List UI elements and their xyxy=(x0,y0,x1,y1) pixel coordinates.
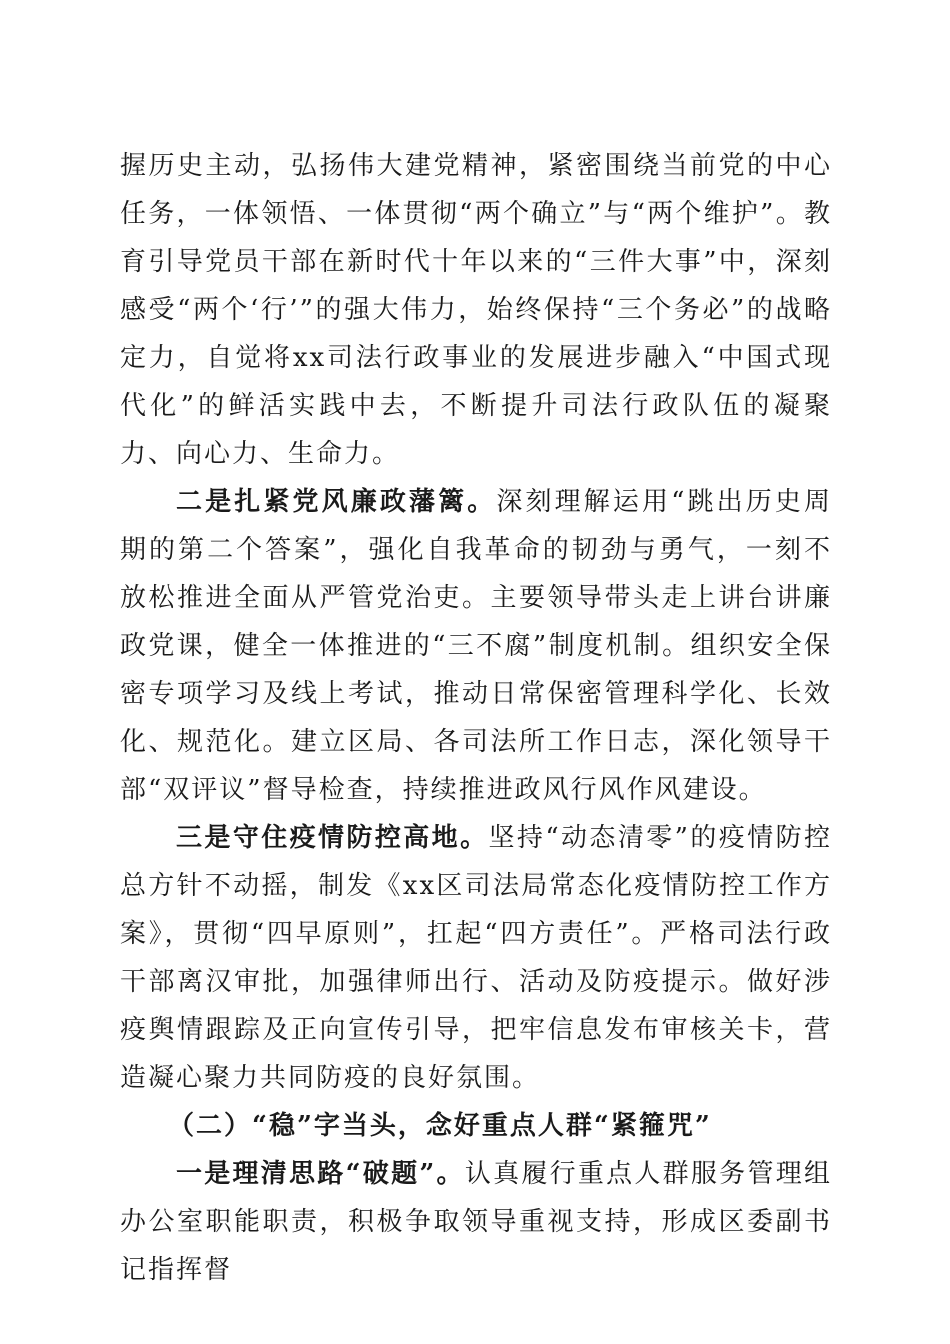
paragraph-text: 握历史主动，弘扬伟大建党精神，紧密围绕当前党的中心任务，一体领悟、一体贯彻“两个… xyxy=(120,151,832,469)
paragraph-party-spirit: 握历史主动，弘扬伟大建党精神，紧密围绕当前党的中心任务，一体领悟、一体贯彻“两个… xyxy=(120,142,832,478)
paragraph-lead: 二是扎紧党风廉政藩篱。 xyxy=(176,487,496,517)
paragraph-text: 深刻理解运用“跳出历史周期的第二个答案”，强化自我革命的韧劲与勇气，一刻不放松推… xyxy=(120,487,832,805)
paragraph-clarify-approach: 一是理清思路“破题”。认真履行重点人群服务管理组办公室职能职责，积极争取领导重视… xyxy=(120,1150,832,1294)
paragraph-epidemic-control: 三是守住疫情防控高地。坚持“动态清零”的疫情防控总方针不动摇，制发《xx区司法局… xyxy=(120,814,832,1102)
section-heading: （二）“稳”字当头，念好重点人群“紧箍咒” xyxy=(120,1102,832,1150)
paragraph-lead: 三是守住疫情防控高地。 xyxy=(176,823,489,853)
paragraph-text: 坚持“动态清零”的疫情防控总方针不动摇，制发《xx区司法局常态化疫情防控工作方案… xyxy=(120,823,832,1093)
document-page: 握历史主动，弘扬伟大建党精神，紧密围绕当前党的中心任务，一体领悟、一体贯彻“两个… xyxy=(120,142,832,1294)
paragraph-lead: 一是理清思路“破题”。 xyxy=(176,1159,465,1189)
paragraph-clean-governance: 二是扎紧党风廉政藩篱。深刻理解运用“跳出历史周期的第二个答案”，强化自我革命的韧… xyxy=(120,478,832,814)
